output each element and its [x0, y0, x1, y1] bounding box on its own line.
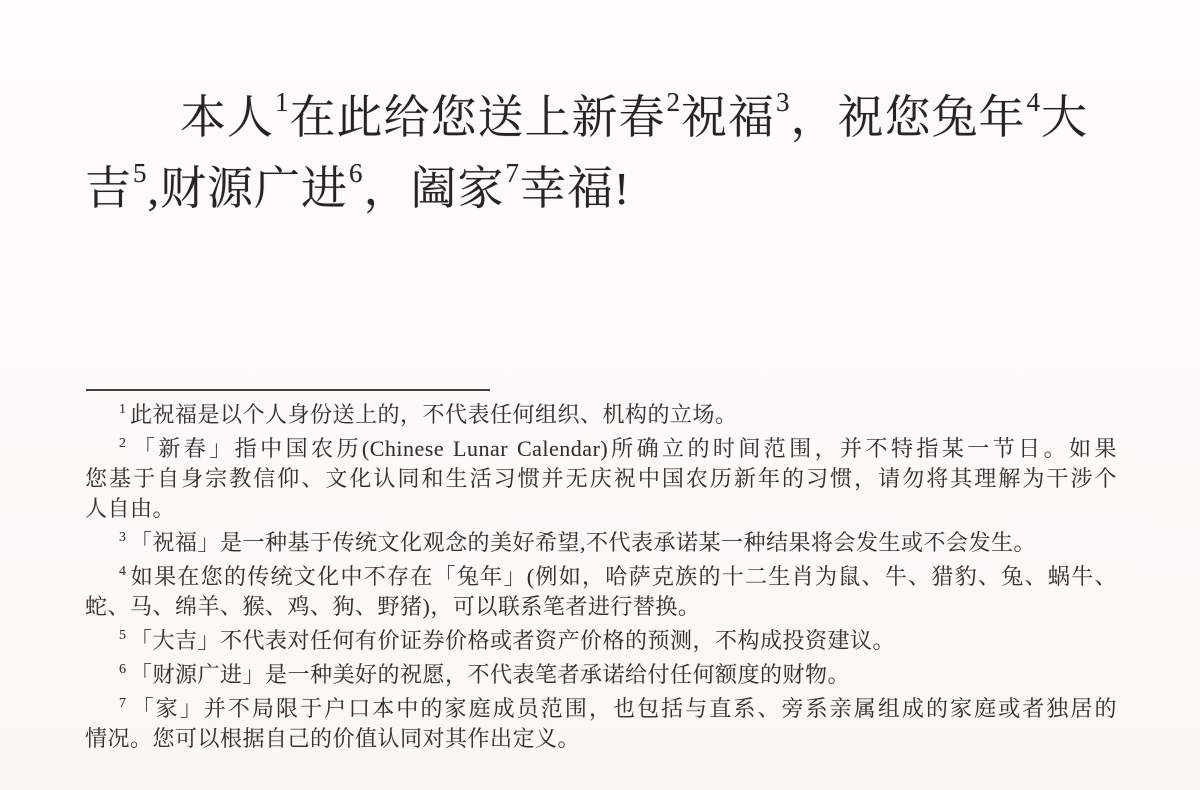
- footnote-marker-2: 2: [119, 436, 126, 451]
- greeting-text: ，阖家: [364, 163, 505, 214]
- footnote-line: 3「祝福」是一种基于传统文化观念的美好希望,不代表承诺某一种结果将会发生或不会发…: [85, 528, 1117, 558]
- footnote-ref-2: 2: [666, 87, 682, 117]
- footnote-line: 您基于自身宗教信仰、文化认同和生活习惯并无庆祝中国农历新年的习惯，请勿将其理解为…: [85, 464, 1117, 494]
- footnote-line: 7「家」并不局限于户口本中的家庭成员范围，也包括与直系、旁系亲属组成的家庭或者独…: [85, 694, 1117, 724]
- footnotes-section: 1此祝福是以个人身份送上的，不代表任何组织、机构的立场。 2「新春」指中国农历(…: [85, 400, 1117, 754]
- footnote-marker-5: 5: [119, 628, 126, 643]
- footnote-4: 4如果在您的传统文化中不存在「兔年」(例如，哈萨克族的十二生肖为鼠、牛、猎豹、兔…: [85, 562, 1117, 622]
- footnote-ref-7: 7: [505, 158, 521, 188]
- footnote-text: 蛇、马、绵羊、猴、鸡、狗、野猪)，可以联系笔者进行替换。: [85, 594, 700, 619]
- footnote-text: 您基于自身宗教信仰、文化认同和生活习惯并无庆祝中国农历新年的习惯，请勿将其理解为…: [85, 466, 1117, 491]
- document-page: 本人1在此给您送上新春2祝福3，祝您兔年4大 吉5,财源广进6，阖家7幸福! 1…: [0, 0, 1200, 790]
- footnote-ref-6: 6: [348, 158, 364, 188]
- footnote-text: 此祝福是以个人身份送上的，不代表任何组织、机构的立场。: [130, 402, 738, 427]
- greeting-line-1: 本人1在此给您送上新春2祝福3，祝您兔年4大: [85, 82, 1120, 153]
- footnote-line: 5「大吉」不代表对任何有价证券价格或者资产价格的预测，不构成投资建议。: [85, 626, 1117, 656]
- greeting-text: 吉: [85, 163, 132, 214]
- footnote-text: 「财源广进」是一种美好的祝愿，不代表笔者承诺给付任何额度的财物。: [130, 662, 850, 687]
- footnote-7: 7「家」并不局限于户口本中的家庭成员范围，也包括与直系、旁系亲属组成的家庭或者独…: [85, 694, 1117, 754]
- greeting-paragraph: 本人1在此给您送上新春2祝福3，祝您兔年4大 吉5,财源广进6，阖家7幸福!: [85, 82, 1120, 224]
- footnote-text: 情况。您可以根据自己的价值认同对其作出定义。: [85, 726, 580, 751]
- footnote-marker-7: 7: [119, 696, 126, 711]
- footnote-text: 如果在您的传统文化中不存在「兔年」(例如，哈萨克族的十二生肖为鼠、牛、猎豹、兔、…: [130, 564, 1117, 589]
- greeting-text: 祝福: [681, 92, 775, 143]
- footnote-text: 「祝福」是一种基于传统文化观念的美好希望,不代表承诺某一种结果将会发生或不会发生…: [130, 530, 1036, 555]
- footnote-1: 1此祝福是以个人身份送上的，不代表任何组织、机构的立场。: [85, 400, 1117, 430]
- footnote-line: 人自由。: [85, 494, 1117, 524]
- footnote-ref-1: 1: [274, 87, 290, 117]
- footnote-marker-1: 1: [119, 402, 126, 417]
- footnote-line: 情况。您可以根据自己的价值认同对其作出定义。: [85, 724, 1117, 754]
- greeting-text: 在此给您送上新春: [290, 92, 666, 143]
- greeting-text: 幸福!: [520, 163, 630, 214]
- footnote-marker-3: 3: [119, 530, 126, 545]
- footnote-line: 4如果在您的传统文化中不存在「兔年」(例如，哈萨克族的十二生肖为鼠、牛、猎豹、兔…: [85, 562, 1117, 592]
- footnote-line: 2「新春」指中国农历(Chinese Lunar Calendar)所确立的时间…: [85, 434, 1117, 464]
- footnote-text: 「新春」指中国农历(Chinese Lunar Calendar)所确立的时间范…: [130, 436, 1117, 461]
- footnote-separator-rule: [86, 389, 490, 391]
- footnote-ref-3: 3: [775, 87, 791, 117]
- footnote-line: 6「财源广进」是一种美好的祝愿，不代表笔者承诺给付任何额度的财物。: [85, 660, 1117, 690]
- footnote-line: 1此祝福是以个人身份送上的，不代表任何组织、机构的立场。: [85, 400, 1117, 430]
- greeting-text: 大: [1041, 92, 1088, 143]
- footnote-2: 2「新春」指中国农历(Chinese Lunar Calendar)所确立的时间…: [85, 434, 1117, 524]
- footnote-marker-6: 6: [119, 662, 126, 677]
- greeting-text: ,财源广进: [148, 163, 349, 214]
- greeting-text: ，祝您兔年: [791, 92, 1026, 143]
- greeting-text: 本人: [180, 92, 274, 143]
- footnote-text: 人自由。: [85, 496, 175, 521]
- footnote-ref-4: 4: [1026, 87, 1042, 117]
- footnote-marker-4: 4: [119, 564, 126, 579]
- footnote-5: 5「大吉」不代表对任何有价证券价格或者资产价格的预测，不构成投资建议。: [85, 626, 1117, 656]
- footnote-line: 蛇、马、绵羊、猴、鸡、狗、野猪)，可以联系笔者进行替换。: [85, 592, 1117, 622]
- footnote-3: 3「祝福」是一种基于传统文化观念的美好希望,不代表承诺某一种结果将会发生或不会发…: [85, 528, 1117, 558]
- footnote-ref-5: 5: [132, 158, 148, 188]
- footnote-text: 「家」并不局限于户口本中的家庭成员范围，也包括与直系、旁系亲属组成的家庭或者独居…: [130, 696, 1117, 721]
- footnote-6: 6「财源广进」是一种美好的祝愿，不代表笔者承诺给付任何额度的财物。: [85, 660, 1117, 690]
- greeting-line-2: 吉5,财源广进6，阖家7幸福!: [85, 153, 1120, 224]
- footnote-text: 「大吉」不代表对任何有价证券价格或者资产价格的预测，不构成投资建议。: [130, 628, 895, 653]
